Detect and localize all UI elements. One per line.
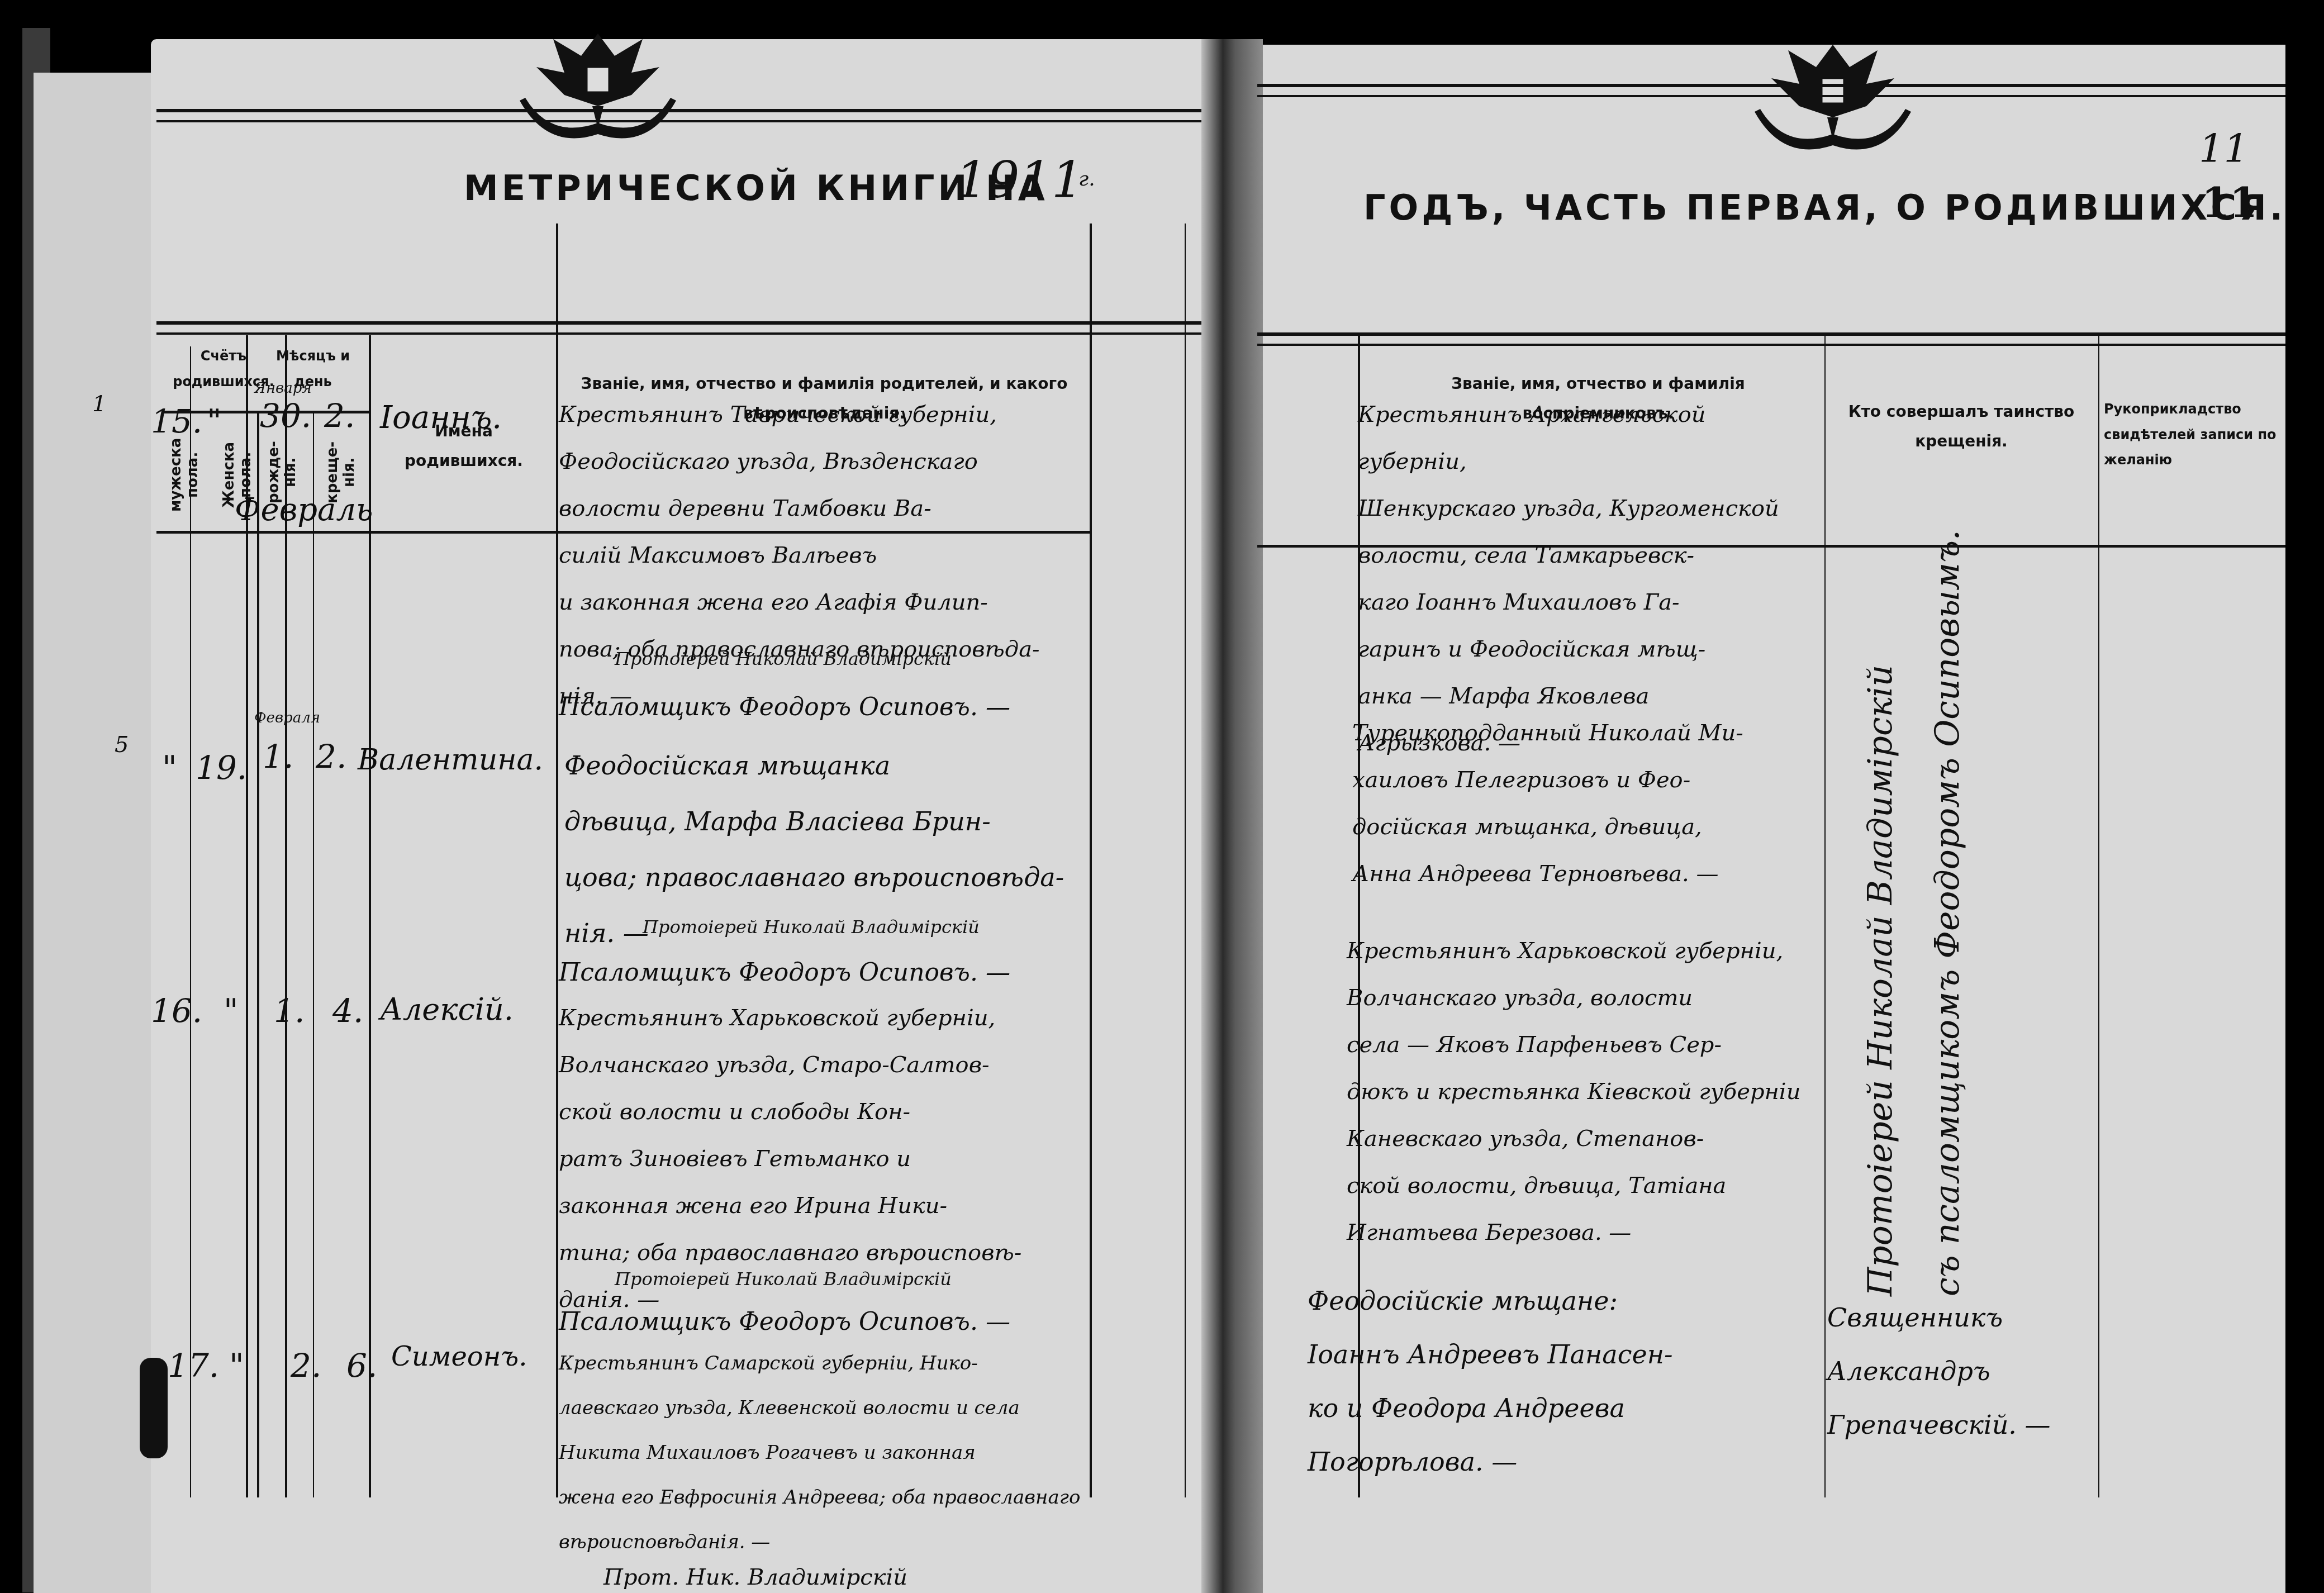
col-divider [1185,224,1186,1497]
year-handwritten: 1911 [956,151,1083,210]
entry-trailing-signature: Прот. Ник. Владимірскій [603,1565,907,1590]
entry-child-name: Валентина. [358,743,543,777]
entry-godparents: Феодосійскіе мѣщане: Іоаннъ Андреевъ Пан… [1308,1274,1822,1489]
entry-baptism-day: 2. [316,738,346,776]
entry-reader: Псаломщикъ Феодоръ Осиповъ. — [559,1307,1010,1336]
entry-number: 15. [151,402,202,440]
entry-birth-day: 1. [274,992,305,1030]
header-rule-right [1257,332,2285,346]
col-divider [2098,335,2099,1497]
book-spine [1201,39,1263,1593]
ribbon-bookmark [140,1358,168,1458]
entry-baptism-day: 4. [332,992,363,1030]
entry-priest: Протоіерей Николай Владимірскій [615,1268,952,1290]
top-rule-left [156,109,1201,122]
col-divider [313,413,314,1497]
top-rule-right [1257,84,2285,97]
header-witness: Рукоприкладство свидѣтелей записи по жел… [2104,397,2283,473]
entry-birth-day: 2. [291,1347,321,1385]
entry-birth-day: 1. [263,738,293,776]
entry-month-note: Февраля [254,710,320,726]
entry-mark: " [224,992,239,1030]
underlying-page [34,73,151,1593]
performer-signature-vertical: Протоіерей Николай Владимірскій [1861,413,1900,1296]
entry-baptism-day: 2. [324,397,355,435]
col-divider [1824,335,1826,1497]
page-number: 11 [2202,179,2258,226]
entry-performer: Священникъ Александръ Грепачевскій. — [1827,1291,2095,1452]
imperial-eagle-crest-icon [1749,34,1917,168]
entry-parents: Крестьянинъ Самарской губерніи, Нико- ла… [559,1341,1095,1565]
entry-female-number: 19. [196,749,247,787]
margin-mark: 1 [92,391,106,417]
entry-birth-day: 30. [260,397,311,435]
entry-godparents: Турецкоподданный Николай Ми- хаиловъ Пел… [1352,710,1822,897]
entry-priest: Протоіерей Николай Владимірскій [643,916,980,938]
header-month-handwritten: Февраль [235,492,373,528]
imperial-eagle-crest-icon [514,22,682,156]
entry-child-name: Алексій. [380,992,514,1027]
entry-baptism-day: 6. [346,1347,377,1385]
entry-priest: Протоіерей Николай Владимірскій [615,648,952,669]
entry-reader: Псаломщикъ Феодоръ Осиповъ. — [559,693,1010,721]
entry-month-note: Января [254,380,312,397]
entry-child-name: Іоаннъ. [380,400,502,436]
page-number-handwritten: 11 [2199,126,2249,172]
entry-mark: " [229,1347,244,1385]
entry-mark: " [162,749,177,787]
margin-mark: 5 [115,732,129,758]
performer-signature-vertical: съ псаломщикомъ Феодоромъ Осиповымъ. [1928,413,1967,1296]
col-divider [257,413,259,1497]
page-title-right: ГОДЪ, ЧАСТЬ ПЕРВАЯ, О РОДИВШИХСЯ. [1363,187,2286,228]
entry-number: 16. [151,992,202,1030]
entry-number: 17. [168,1347,219,1385]
col-divider [1090,224,1092,1497]
entry-child-name: Симеонъ. [391,1341,527,1372]
col-divider [556,224,558,1497]
entry-parents: Крестьянинъ Таврической губерніи, Феодос… [559,391,1090,720]
year-suffix: г. [1078,168,1095,191]
entry-reader: Псаломщикъ Феодоръ Осиповъ. — [559,958,1010,987]
header-rule-left [156,321,1201,335]
entry-godparents: Крестьянинъ Харьковской губерніи, Волчан… [1347,928,1822,1256]
entry-mark: " [207,402,222,440]
